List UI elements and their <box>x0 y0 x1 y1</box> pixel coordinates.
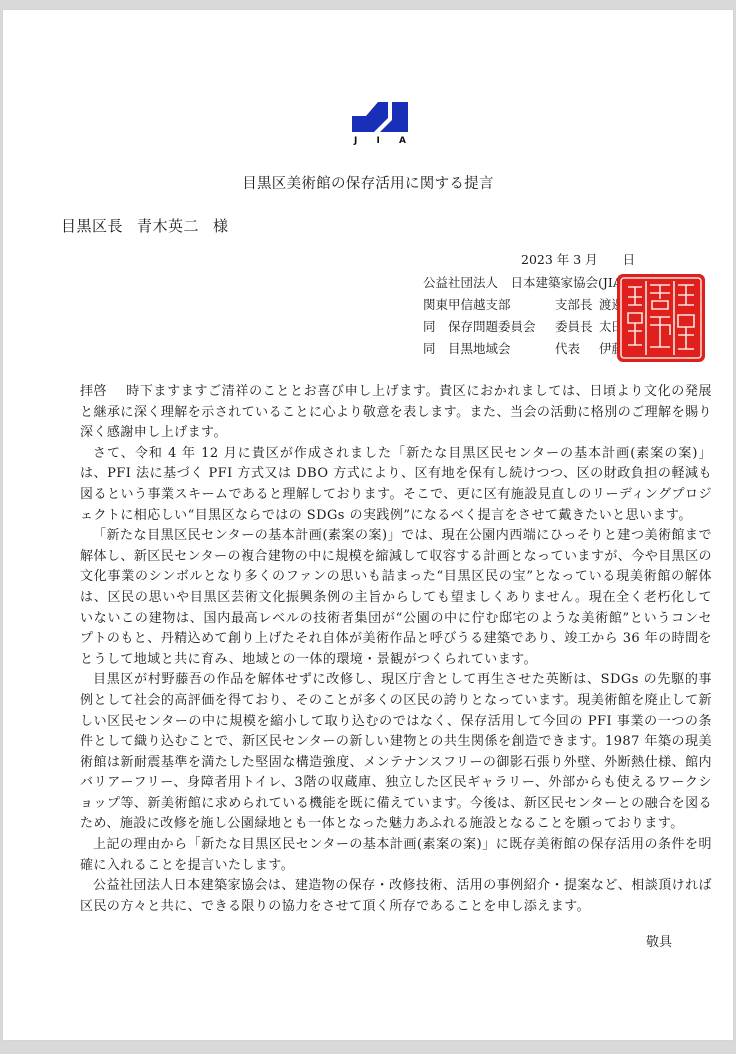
jia-logo: J I A <box>344 98 416 152</box>
jia-logo-text: J I A <box>344 136 416 146</box>
paragraph: 公益社団法人日本建築家協会は、建造物の保存・改修技術、活用の事例紹介・提案など、… <box>80 876 712 917</box>
sender-role: 委員長 <box>555 316 599 338</box>
paragraph: 上記の理由から「新たな目黒区民センターの基本計画(素案の案)」に既存美術館の保存… <box>80 835 712 876</box>
salutation: 拝啓 <box>80 382 126 403</box>
sender-unit: 同 目黒地域会 <box>423 338 555 360</box>
letter-body: 拝啓時下ますますご清祥のこととお喜び申し上げます。貴区におかれましては、日頃より… <box>80 382 712 917</box>
closing-remark: 敬具 <box>646 931 672 950</box>
document-date: 2023 年 3 月 日 <box>521 250 635 268</box>
sender-role: 代表 <box>555 338 599 360</box>
addressee-office: 目黒区長 <box>61 217 123 235</box>
sender-unit: 同 保存問題委員会 <box>423 316 555 338</box>
paragraph: 目黒区が村野藤吾の作品を解体せずに改修し、現区庁舎として再生させた英断は、SDG… <box>80 670 712 835</box>
paragraph-greeting: 拝啓時下ますますご清祥のこととお喜び申し上げます。貴区におかれましては、日頃より… <box>80 382 712 444</box>
paragraph: 「新たな目黒区民センターの基本計画(素案の案)」では、現在公園内西端にひっそりと… <box>80 526 712 670</box>
logo-letter-j: J <box>354 136 357 146</box>
logo-letter-a: A <box>399 136 406 146</box>
jia-logo-mark-icon <box>344 98 416 136</box>
addressee: 目黒区長青木英二様 <box>61 215 229 236</box>
logo-letter-i: I <box>377 136 380 146</box>
document-page: J I A 目黒区美術館の保存活用に関する提言 目黒区長青木英二様 2023 年… <box>3 10 733 1040</box>
sender-unit: 関東甲信越支部 <box>423 294 555 316</box>
sender-role: 支部長 <box>555 294 599 316</box>
paragraph-text: 時下ますますご清祥のこととお喜び申し上げます。貴区におかれましては、日頃より文化… <box>80 384 712 440</box>
addressee-name: 青木英二 <box>137 217 199 235</box>
official-seal-icon <box>616 273 706 363</box>
paragraph: さて、令和 4 年 12 月に貴区が作成されました「新たな目黒区民センターの基本… <box>80 444 712 526</box>
document-title: 目黒区美術館の保存活用に関する提言 <box>3 172 733 193</box>
addressee-honorific: 様 <box>213 217 229 235</box>
